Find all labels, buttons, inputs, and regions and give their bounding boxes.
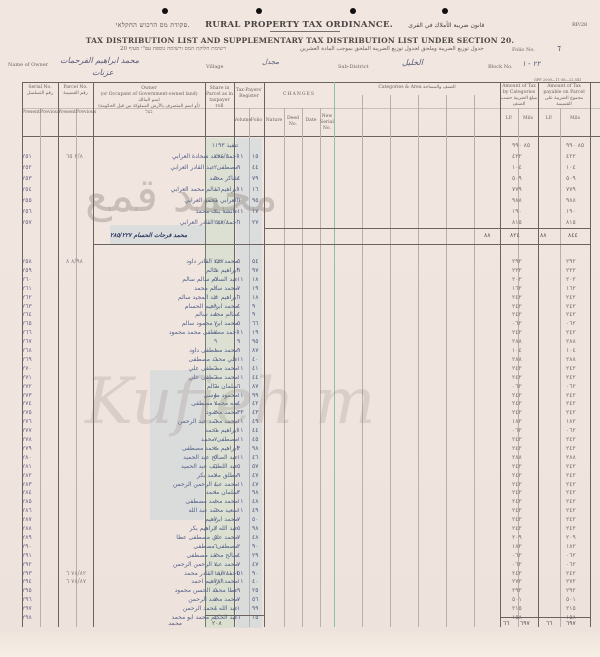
document-title: פקודת מס הרכוש החקלאי. RURAL PROPERTY TA…	[0, 20, 600, 30]
share-cell: ١	[214, 489, 217, 496]
volume-cell: ١١	[237, 498, 243, 505]
village-value: مجدل	[262, 58, 279, 66]
title-underline	[270, 31, 340, 32]
volume-cell: ٩	[237, 347, 240, 354]
volume-cell: ٤	[237, 303, 240, 310]
owner-cell: محمد محمد الرحمن	[148, 596, 238, 603]
tax-by-category-cell: ١٨٢	[512, 543, 522, 550]
share-cell: ٢	[214, 525, 217, 532]
serial-cell: ٢٦٩	[22, 356, 32, 363]
parcel-header: Parcel No.رقم القسيمة	[58, 85, 93, 97]
amount-tax-header: Amount of Tax by Categoriesمبلغ الضريبة …	[500, 84, 538, 108]
tax-payable-cell: ١٨٢	[566, 543, 576, 550]
tax-payable-cell: ٢٠٢	[566, 276, 576, 283]
serial-cell: ٢٨٦	[22, 507, 32, 514]
volume-cell: ٤	[237, 552, 240, 559]
tax-by-category-cell: ٠٦٢	[512, 427, 522, 434]
volume-cell: ١١	[237, 276, 243, 283]
share-cell: ٧	[214, 561, 217, 568]
serial-cell: ٢٥٣	[22, 175, 32, 182]
serial-cell: ٢٥٢	[22, 164, 32, 171]
subtotal-row: محمد فرحات الحسام ٢٨٥/٢٢٧ ٨٨ ٨٢٤ ٨٨ ٨٤٤	[0, 232, 600, 242]
tax-payable-cell: ٢٤٢	[566, 463, 576, 470]
serial-cell: ٢٥٨	[22, 258, 32, 265]
page-bottom-margin	[0, 629, 600, 657]
volume-cell: ٥	[237, 258, 240, 265]
serial-cell: ٢٥٥	[22, 197, 32, 204]
block-value: ٢٢ - ١	[522, 60, 540, 68]
volume-cell: ١١	[237, 578, 243, 585]
english-title: RURAL PROPERTY TAX ORDINANCE.	[205, 20, 393, 30]
serial-cell: ٢٦١	[22, 285, 32, 292]
serial-cell: ٢٦٤	[22, 311, 32, 318]
watermark-arabic: محمد قمع	[85, 168, 278, 222]
total-lp: ٦٦	[546, 620, 552, 627]
tax-payable-cell: ٢٧٢	[566, 578, 576, 585]
tax-by-category-cell: ٢٤٢	[512, 392, 522, 399]
folio-value: ٦	[556, 44, 560, 53]
volume-cell: ١١	[237, 481, 243, 488]
tax-payable-cell: ٢٤٢	[566, 481, 576, 488]
volume-cell: ٩	[237, 472, 240, 479]
share-cell: ٢٢٤/٥	[214, 153, 229, 160]
volume-cell: ٦	[237, 294, 240, 301]
volume-cell: ٧	[237, 534, 240, 541]
tax-payable-cell: ٢٩٢	[566, 258, 576, 265]
total-mils: ٨٤٤	[568, 232, 578, 239]
subdistrict-label: Sub-District	[338, 64, 369, 70]
folio-cell: ٤٠	[252, 356, 258, 363]
serial-cell: ٢٧٧	[22, 427, 32, 434]
volume-cell: ٢	[237, 543, 240, 550]
serial-cell: ٢٧٣	[22, 392, 32, 399]
serial-cell: ٢٩٥	[22, 587, 32, 594]
date-header: Date	[302, 118, 320, 124]
folio-cell: ٩٠	[252, 543, 258, 550]
volume-cell: ٣	[237, 489, 240, 496]
volume-header: Volume	[234, 118, 249, 124]
tax-payable-cell: ٩٨٨	[566, 197, 576, 204]
deed-no-header: Deed No.	[284, 116, 302, 128]
parcel-cell: ٧٨/٨٢ ٦	[66, 570, 86, 577]
tax-payable-cell: ٨١٥	[566, 219, 576, 226]
folio-cell: ٩	[252, 303, 255, 310]
owner-header: Owner (or Occupant of Government-owned l…	[93, 86, 205, 116]
tax-payable-cell: ٢٨٨	[566, 454, 576, 461]
tax-by-category-cell: ٩٨٨	[512, 197, 522, 204]
serial-cell: ٢٧١	[22, 374, 32, 381]
tax-payable-cell: ٨٥ ٩٩٠	[566, 142, 584, 149]
tax-payable-cell: ٥٠١	[566, 596, 576, 603]
volume-cell: ٥	[237, 320, 240, 327]
share-cell: ٩	[214, 338, 217, 345]
amount-payable-header: Amount of Tax payable on Parcelمجموع الض…	[538, 84, 590, 108]
share-cell: ٢	[214, 285, 217, 292]
tax-by-category-cell: ٢٤٢	[512, 311, 522, 318]
serial-cell: ٢٩١	[22, 552, 32, 559]
tax-by-category-cell: ٢٤٢	[512, 400, 522, 407]
owner-cell: تنفيذ ١١٩٣	[148, 142, 238, 149]
owner-cell: عبد الله ابراهيم بكر	[148, 525, 238, 532]
footer-total-line	[500, 617, 590, 618]
share-cell: ٨	[214, 347, 217, 354]
owner-cell: محمد عبد القادر داود	[148, 258, 238, 265]
serial-cell: ٢٨٣	[22, 481, 32, 488]
tax-payable-cell: ٢٤٢	[566, 303, 576, 310]
folio-cell: ٩٨	[252, 489, 258, 496]
tax-by-category-cell: ٥٠١	[512, 596, 522, 603]
tax-by-category-cell: ٨١٥	[512, 219, 522, 226]
tax-by-category-cell: ٨٥ ٩٩٠	[512, 142, 530, 149]
folio-cell: ١٨	[252, 294, 258, 301]
volume-cell: ٥١	[237, 570, 243, 577]
share-cell: ٢	[214, 294, 217, 301]
owner-cell: ابراهيم عبد المجيد سالم	[148, 294, 238, 301]
tax-payable-cell: ٢٤٢	[566, 525, 576, 532]
previous-header: Previous	[76, 110, 93, 116]
tax-payable-cell: ٢٤٢	[566, 472, 576, 479]
tax-payable-cell: ٢٤٢	[566, 489, 576, 496]
serial-cell: ٢٨٩	[22, 534, 32, 541]
folio-cell: ٢٩	[252, 552, 258, 559]
folio-cell: ٨٧	[252, 347, 258, 354]
serial-cell: ٢٧٥	[22, 409, 32, 416]
serial-cell: ٢٩٤	[22, 578, 32, 585]
tax-payable-cell: ٢٤٢	[566, 392, 576, 399]
serial-cell: ٢٨٥	[22, 498, 32, 505]
serial-cell: ٢٧٤	[22, 400, 32, 407]
share-cell: ٥	[214, 534, 217, 541]
folio-label: Folio No.	[512, 47, 535, 53]
tax-by-category-cell: ٢٧٢	[512, 578, 522, 585]
share-cell: ٧	[214, 472, 217, 479]
volume-cell: ١١	[237, 507, 243, 514]
punch-hole	[162, 8, 168, 14]
tax-by-category-cell: ٢٤٢	[512, 570, 522, 577]
serial-cell: ٢٦٨	[22, 347, 32, 354]
serial-cell: ٢٧٠	[22, 365, 32, 372]
serial-cell: ٢٧٦	[22, 418, 32, 425]
tax-payable-cell: ١٩٠	[566, 208, 576, 215]
tax-by-category-cell: ١٨٢	[512, 418, 522, 425]
tax-by-category-cell: ٢٤٢	[512, 489, 522, 496]
footer-line	[205, 615, 264, 616]
owner-cell: عبد اللطيف عبد الحميد	[148, 463, 238, 470]
tax-by-category-cell: ٢٤٢	[512, 472, 522, 479]
volume-cell: ٤	[237, 311, 240, 318]
owner-cell: محمد ابراهيم الحسام	[148, 303, 238, 310]
punch-hole	[442, 8, 448, 14]
tax-by-category-cell: ٠٦٢	[512, 561, 522, 568]
tax-by-category-cell: ٢٠٢	[512, 276, 522, 283]
tax-by-category-cell: ٢٤٢	[512, 374, 522, 381]
volume-cell: ٧	[237, 596, 240, 603]
tax-payable-cell: ٢٤٢	[566, 409, 576, 416]
tax-payable-cell: ٢٤٢	[566, 516, 576, 523]
tax-by-category-cell: ٢٤٢	[512, 445, 522, 452]
tax-by-category-cell: ٢٤٢	[512, 436, 522, 443]
serial-cell: ٢٨٧	[22, 516, 32, 523]
tax-by-category-cell: ٢٨٨	[512, 454, 522, 461]
tax-by-category-cell: ٢١٥	[512, 605, 522, 612]
tax-by-category-cell: ٢٤٢	[512, 463, 522, 470]
tax-by-category-cell: ٢٤٢	[512, 409, 522, 416]
tax-by-category-cell: ٢٤٢	[512, 294, 522, 301]
folio-cell: ٤٧	[252, 561, 258, 568]
tax-by-category-cell: ٧٧٩	[512, 186, 522, 193]
tax-by-category-cell: ١٠٤	[512, 347, 522, 354]
header-bottom-border	[22, 136, 600, 137]
total-lp: ٨٨	[540, 232, 546, 239]
tax-by-category-cell: ٠٦٢	[512, 552, 522, 559]
owner-cell: محمد ابن محمود سالم	[148, 320, 238, 327]
tax-by-category-cell: ٠٦٢	[512, 320, 522, 327]
tax-payable-cell: ٢٤٢	[566, 400, 576, 407]
tax-payable-cell: ١٦٢	[566, 285, 576, 292]
owner-cell: محمد عبد الرحمن الرحمن	[148, 481, 238, 488]
taxpayers-register-header: Tax-Payers' Register	[234, 88, 264, 100]
tax-by-category-cell: ١٠٤	[512, 164, 522, 171]
serial-cell: ٢٦٧	[22, 338, 32, 345]
tax-by-category-cell: ١٦٢	[512, 285, 522, 292]
total-lp: ٦٦	[503, 620, 509, 627]
punch-hole	[256, 8, 262, 14]
tax-payable-cell: ٢٢٢	[566, 267, 576, 274]
document-subtitle: TAX DISTRIBUTION LIST AND SUPPLEMENTARY …	[0, 36, 600, 45]
tax-payable-cell: ١٨٢	[566, 418, 576, 425]
tax-payable-cell: ٠٦٢	[566, 320, 576, 327]
tax-payable-cell: ٤٢٢	[566, 153, 576, 160]
tax-payable-cell: ٢٤٢	[566, 294, 576, 301]
previous-header: Previous	[40, 110, 58, 116]
table-row: ٢٥١٢/٨ ٦٥احمد محمد شحادة العرابي٢٢٤/٥١١١…	[0, 153, 600, 163]
arabic-title: قانون ضريبة الأملاك في القرى	[408, 22, 484, 29]
volume-cell: ٧	[237, 516, 240, 523]
owner-cell: محمد مصطفى داود	[148, 347, 238, 354]
folio-cell: ٤٦	[252, 454, 258, 461]
total-lp: ٨٨	[484, 232, 490, 239]
total-mils: ٨٢٤	[510, 232, 520, 239]
subtotal-line	[93, 244, 590, 245]
owner-cell: محمد ابراهيم	[148, 516, 238, 523]
form-number: RP/28	[572, 22, 587, 28]
volume-cell: ٩	[237, 338, 240, 345]
serial-cell: ٢٩٦	[22, 596, 32, 603]
share-cell: ٩	[214, 267, 217, 274]
tax-payable-cell: ٢١٥	[566, 605, 576, 612]
folio-header: Folio	[249, 118, 264, 124]
table-top-border	[22, 82, 600, 83]
share-cell: ٤	[214, 481, 217, 488]
arabic-subtitle: جدول توزيع الضريبة وملحق لجدول توزيع الض…	[300, 46, 484, 52]
changes-header: CHANGES	[264, 92, 334, 98]
serial-cell: ٢٦٣	[22, 303, 32, 310]
share-cell: ٥	[214, 276, 217, 283]
tax-by-category-cell: ٢٤٢	[512, 481, 522, 488]
serial-cell: ٢٨٠	[22, 454, 32, 461]
tax-payable-cell: ٢٤٢	[566, 436, 576, 443]
lp-header: LP.	[500, 116, 518, 122]
serial-cell: ٢٧٢	[22, 383, 32, 390]
volume-cell: ٩	[237, 587, 240, 594]
share-cell: ٥	[214, 587, 217, 594]
punch-hole	[350, 8, 356, 14]
share-header: Share in Parcel as in taxpayer roll	[205, 86, 234, 110]
tax-payable-cell: ٢٤٢	[566, 498, 576, 505]
tax-payable-cell: ٢٤٢	[566, 570, 576, 577]
subdistrict-value: الخليل	[402, 58, 423, 67]
folio-cell: ٥٠	[252, 516, 258, 523]
tax-payable-cell: ٠٦٢	[566, 383, 576, 390]
hebrew-title: פקודת מס הרכוש החקלאי.	[116, 21, 190, 29]
total-mils: ٦٩٧	[520, 620, 530, 627]
name-value: محمد ابراهيم الفرحمات	[60, 56, 139, 65]
tax-by-category-cell: ٢٤٢	[512, 329, 522, 336]
serial-cell: ٢٩٠	[22, 543, 32, 550]
serial-cell: ٢٦٥	[22, 320, 32, 327]
serial-cell: ٢٦٠	[22, 276, 32, 283]
volume-cell: ١	[237, 605, 240, 612]
owner-cell: ابراهيم سالم	[148, 267, 238, 274]
mils-header: Mils	[560, 116, 590, 122]
folio-cell: ٢٥	[252, 587, 258, 594]
tax-payable-cell: ٢٤٢	[566, 365, 576, 372]
new-serial-header: New Serial No.	[320, 114, 334, 132]
share-cell: ٦	[214, 507, 217, 514]
subtotal-note: محمد فرحات الحسام ٢٨٥/٢٢٧	[110, 232, 187, 239]
tax-payable-cell: ٢٤٢	[566, 311, 576, 318]
folio-cell: ٤٨	[252, 534, 258, 541]
tax-payable-cell: ٠٦٢	[566, 552, 576, 559]
present-header: Present	[22, 110, 40, 116]
tax-by-category-cell: ٤٢٢	[512, 153, 522, 160]
volume-cell: ١١	[237, 329, 243, 336]
volume-cell: ٩	[237, 267, 240, 274]
folio-cell: ٤٧	[252, 472, 258, 479]
serial-cell: ٢٥١	[22, 153, 32, 160]
owner-cell: سالم محمد سالم	[148, 311, 238, 318]
tax-payable-cell: ٢٤٢	[566, 374, 576, 381]
owner-cell: صالح محمد مصطفى	[148, 552, 238, 559]
tax-by-category-cell: ٢٨٨	[512, 338, 522, 345]
folio-cell: ٩٥	[252, 338, 258, 345]
signature: محمد	[168, 620, 182, 627]
share-cell: ١	[214, 498, 217, 505]
nature-header: Nature	[264, 118, 284, 124]
share-cell: ٧	[214, 516, 217, 523]
serial-cell: ٢٥٧	[22, 219, 32, 226]
tax-payable-cell: ٧٧٩	[566, 186, 576, 193]
folio-cell: ٩٨	[252, 445, 258, 452]
share-cell: ٥	[214, 454, 217, 461]
lp-header: LP.	[538, 116, 560, 122]
tax-payable-cell: ٠٦٢	[566, 561, 576, 568]
tax-by-category-cell: ٢٤٢	[512, 507, 522, 514]
owner-cell: عبد الله محمد الرحمن	[148, 605, 238, 612]
tax-payable-cell: ٢٤٢	[566, 329, 576, 336]
owner-cell: محمد سالم محمد	[148, 285, 238, 292]
share-cell: ٨	[214, 303, 217, 310]
tax-payable-cell: ٢٨٨	[566, 356, 576, 363]
hebrew-subtitle: רשימת חלוקת המס ורשימה נוספת עפ"י סעיף 2…	[120, 46, 226, 52]
tax-by-category-cell: ٢٠٩	[512, 534, 522, 541]
owner-cell: محمد ابراهيم احمد	[148, 578, 238, 585]
share-cell: ١٨/٧٨١	[214, 570, 232, 577]
serial-cell: ٢٩٢	[22, 561, 32, 568]
share-cell: ٨	[214, 311, 217, 318]
serial-cell: ٢٩٧	[22, 605, 32, 612]
tax-by-category-cell: ٥٠٩	[512, 175, 522, 182]
serial-cell: ٢٥٤	[22, 186, 32, 193]
volume-cell: ١١	[237, 153, 243, 160]
serial-cell: ٢٧٨	[22, 436, 32, 443]
folio-cell: ٥٧	[252, 463, 258, 470]
tax-by-category-cell: ١٩٠	[512, 208, 522, 215]
categories-header: Categories & Area الصنف والمساحة	[334, 85, 500, 91]
folio-cell: ١٩	[252, 329, 258, 336]
table-row: تنفيذ ١١٩٣٨٥ ٩٩٠٨٥ ٩٩٠	[0, 142, 600, 152]
folio-cell: ٤٩	[252, 507, 258, 514]
serial-cell: ٢٦٢	[22, 294, 32, 301]
owner-cell: مصطفى مصطفى	[148, 543, 238, 550]
tax-by-category-cell: ٢٤٢	[512, 498, 522, 505]
folio-cell: ١٥	[252, 153, 258, 160]
tax-by-category-cell: ٢٩٢	[512, 258, 522, 265]
owner-cell: مطلق محمد بكر	[148, 472, 238, 479]
volume-cell: ٧	[237, 285, 240, 292]
folio-cell: ١٨	[252, 276, 258, 283]
share-cell: ٢٢٧	[214, 258, 224, 265]
serial-cell: ٢٨١	[22, 463, 32, 470]
share-cell: ٦	[214, 356, 217, 363]
block-label: Block No.	[488, 64, 513, 70]
document-page: פקודת מס הרכוש החקלאי. RURAL PROPERTY TA…	[0, 0, 600, 657]
folio-cell: ٤٠	[252, 578, 258, 585]
watermark-latin: Kufieh m	[85, 365, 375, 439]
tax-by-category-cell: ٢٨٨	[512, 356, 522, 363]
serial-cell: ٢٧٩	[22, 445, 32, 452]
share-cell: ٤	[214, 605, 217, 612]
owner-cell: ابراهيم محمد مصطفى	[148, 445, 238, 452]
share-cell: ٧٨٦	[214, 578, 224, 585]
volume-cell: ١١	[237, 356, 243, 363]
serial-cell: ٢٨٤	[22, 489, 32, 496]
footer-share: ٢٠٨	[212, 620, 222, 627]
tax-by-category-cell: ٠٦٢	[512, 383, 522, 390]
tax-by-category-cell: ٢٩٢	[512, 587, 522, 594]
folio-cell: ٤٨	[252, 498, 258, 505]
share-cell: ٦	[214, 463, 217, 470]
owner-cell: احمد مصطفى محمد محمود	[148, 329, 238, 336]
tax-payable-cell: ٠٦٢	[566, 427, 576, 434]
serial-cell: ٢٥٩	[22, 267, 32, 274]
volume-cell: ٥	[237, 463, 240, 470]
owner-cell: عبد السلام سالم سالم	[148, 276, 238, 283]
folio-cell: ٩	[252, 311, 255, 318]
serial-cell: ٢٦٦	[22, 329, 32, 336]
volume-cell: ٣	[237, 445, 240, 452]
folio-cell: ٦٦	[252, 320, 258, 327]
tax-payable-cell: ٢٤٢	[566, 507, 576, 514]
serial-cell: ٢٥٦	[22, 208, 32, 215]
folio-cell: ١٩	[252, 285, 258, 292]
owner-cell: عطا محمد الحسن محمود	[148, 587, 238, 594]
volume-cell: ٧	[237, 561, 240, 568]
mils-header: Mils	[518, 116, 538, 122]
tax-by-category-cell: ٢٤٢	[512, 516, 522, 523]
volume-cell: ١١	[237, 454, 243, 461]
folio-cell: ٩٩	[252, 605, 258, 612]
